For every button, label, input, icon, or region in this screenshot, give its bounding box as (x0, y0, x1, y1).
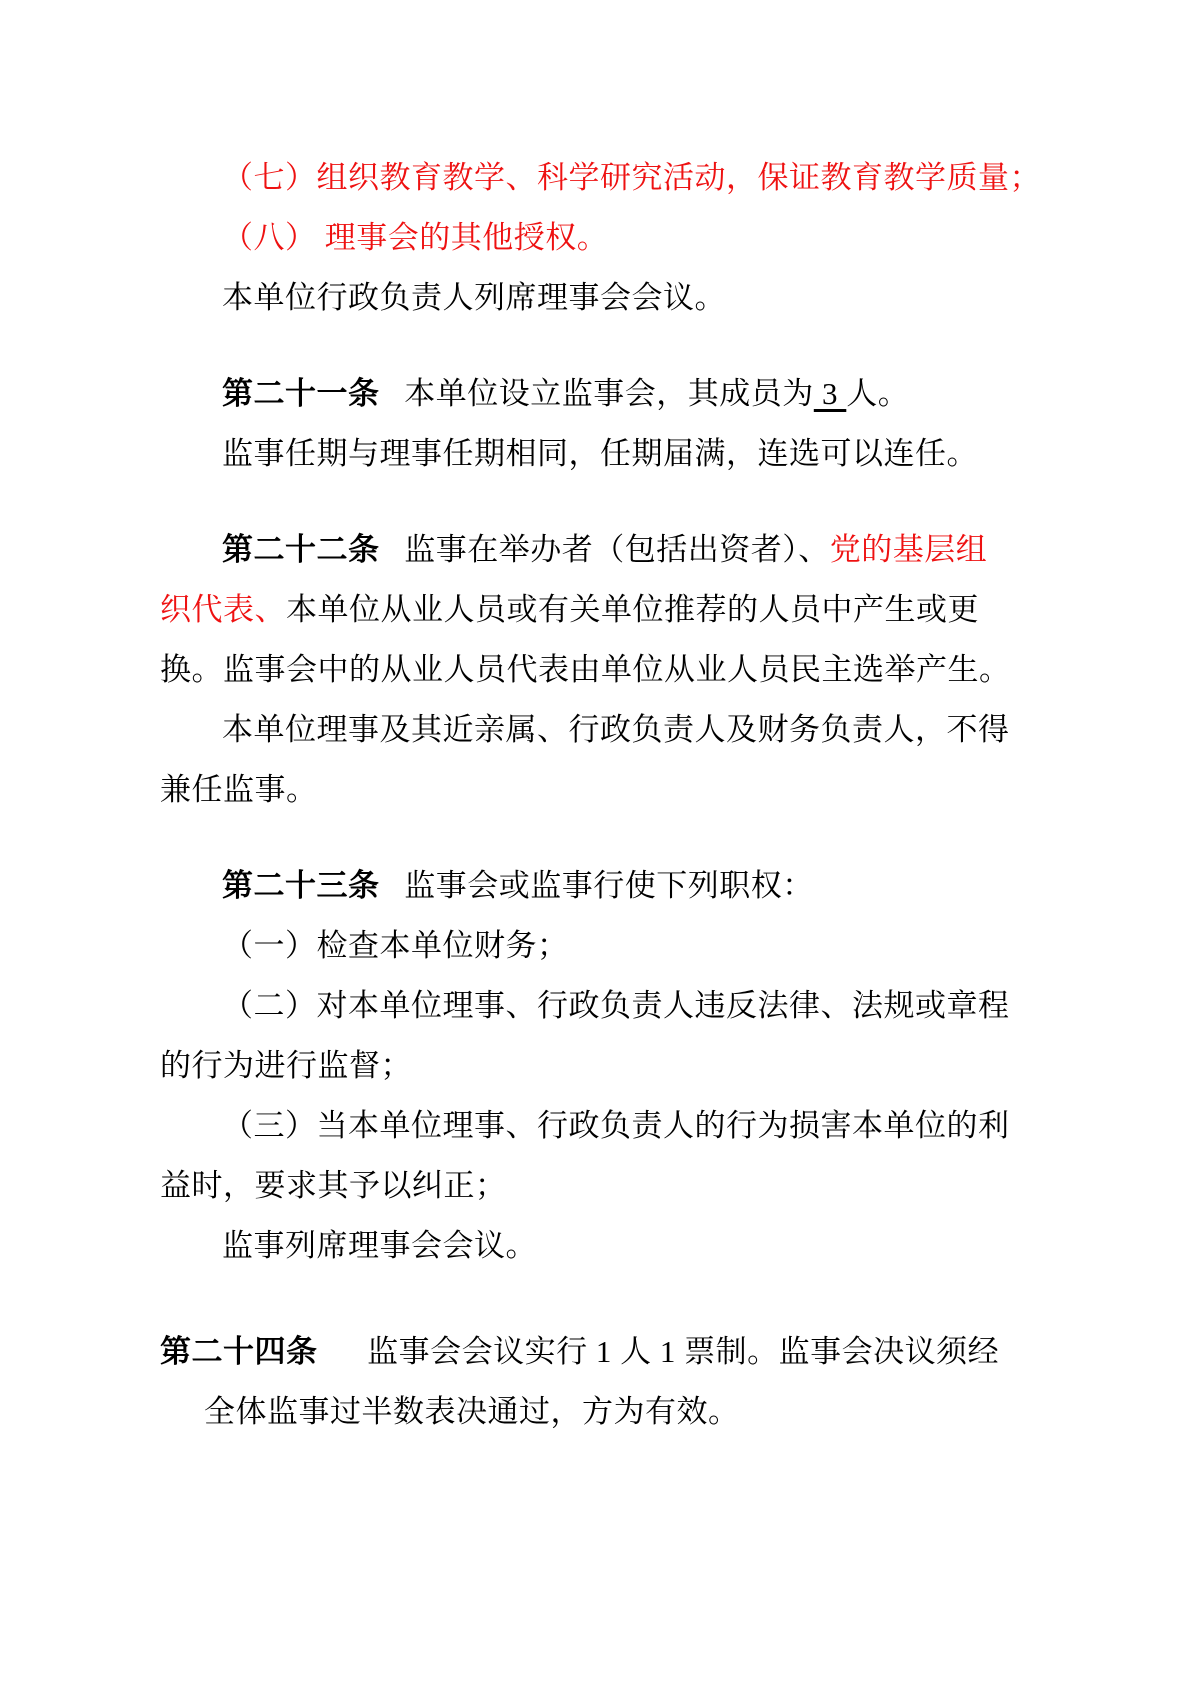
clause-item-7-text: （七）组织教育教学、科学研究活动，保证教育教学质量； (222, 160, 1041, 195)
paragraph-text: 本单位行政负责人列席理事会会议。 (222, 280, 726, 315)
clause-item-1: （一）检查本单位财务； (160, 916, 1041, 976)
article-22-text: 监事在举办者（包括出资者）、 (404, 532, 830, 567)
article-22-wrap-1: 织代表、本单位从业人员或有关单位推荐的人员中产生或更 (160, 580, 1041, 640)
article-21-line: 第二十一条本单位设立监事会，其成员为 3 人。 (160, 364, 1041, 424)
clause-item-3-wrap: 益时，要求其予以纠正； (160, 1156, 1041, 1216)
article-22-red-text-cont: 织代表、 (160, 592, 286, 627)
article-24-line: 第二十四条监事会会议实行 1 人 1 票制。监事会决议须经 (160, 1322, 1041, 1382)
clause-item-2-wrap: 的行为进行监督； (160, 1036, 1041, 1096)
paragraph-executive-attends: 本单位行政负责人列席理事会会议。 (160, 268, 1041, 328)
paragraph-text: 本单位理事及其近亲属、行政负责人及财务负责人，不得 (222, 712, 1010, 747)
clause-item-2: （二）对本单位理事、行政负责人违反法律、法规或章程 (160, 976, 1041, 1036)
article-22-red-text: 党的基层组 (830, 532, 988, 567)
article-24-text-cont: 全体监事过半数表决通过，方为有效。 (204, 1394, 740, 1429)
clause-item-8: （八） 理事会的其他授权。 (160, 208, 1041, 268)
paragraph-relatives-restriction: 本单位理事及其近亲属、行政负责人及财务负责人，不得 (160, 700, 1041, 760)
clause-item-1-text: （一）检查本单位财务； (222, 928, 569, 963)
paragraph-supervisor-attends: 监事列席理事会会议。 (160, 1216, 1041, 1276)
supervisor-count-value: 3 (814, 376, 847, 411)
clause-item-3: （三）当本单位理事、行政负责人的行为损害本单位的利 (160, 1096, 1041, 1156)
clause-item-2-text: （二）对本单位理事、行政负责人违反法律、法规或章程 (222, 988, 1010, 1023)
paragraph-relatives-restriction-wrap: 兼任监事。 (160, 760, 1041, 820)
paragraph-text: 监事任期与理事任期相同，任期届满，连选可以连任。 (222, 436, 978, 471)
article-23-text: 监事会或监事行使下列职权： (404, 868, 814, 903)
paragraph-supervisor-term: 监事任期与理事任期相同，任期届满，连选可以连任。 (160, 424, 1041, 484)
article-24-heading: 第二十四条 (160, 1334, 318, 1369)
clause-item-3-text: （三）当本单位理事、行政负责人的行为损害本单位的利 (222, 1108, 1010, 1143)
clause-item-3-text-cont: 益时，要求其予以纠正； (160, 1168, 507, 1203)
article-21-text-tail: 人。 (846, 376, 909, 411)
article-22-text-cont: 本单位从业人员或有关单位推荐的人员中产生或更 (286, 592, 979, 627)
clause-item-8-text: （八） 理事会的其他授权。 (222, 220, 608, 255)
clause-item-2-text-cont: 的行为进行监督； (160, 1048, 412, 1083)
clause-item-7: （七）组织教育教学、科学研究活动，保证教育教学质量； (160, 148, 1041, 208)
paragraph-text: 监事列席理事会会议。 (222, 1228, 537, 1263)
article-22-wrap-2: 换。监事会中的从业人员代表由单位从业人员民主选举产生。 (160, 640, 1041, 700)
article-21-heading: 第二十一条 (222, 376, 380, 411)
document-page: （七）组织教育教学、科学研究活动，保证教育教学质量； （八） 理事会的其他授权。… (0, 0, 1191, 1684)
article-23-heading: 第二十三条 (222, 868, 380, 903)
article-21-text: 本单位设立监事会，其成员为 (404, 376, 814, 411)
article-24-text: 监事会会议实行 1 人 1 票制。监事会决议须经 (367, 1334, 999, 1369)
article-22-text-cont2: 换。监事会中的从业人员代表由单位从业人员民主选举产生。 (160, 652, 1011, 687)
article-22-heading: 第二十二条 (222, 532, 380, 567)
article-23-line: 第二十三条监事会或监事行使下列职权： (160, 856, 1041, 916)
article-24-wrap: 全体监事过半数表决通过，方为有效。 (160, 1382, 1041, 1442)
paragraph-text-cont: 兼任监事。 (160, 772, 318, 807)
article-22-line: 第二十二条监事在举办者（包括出资者）、党的基层组 (160, 520, 1041, 580)
